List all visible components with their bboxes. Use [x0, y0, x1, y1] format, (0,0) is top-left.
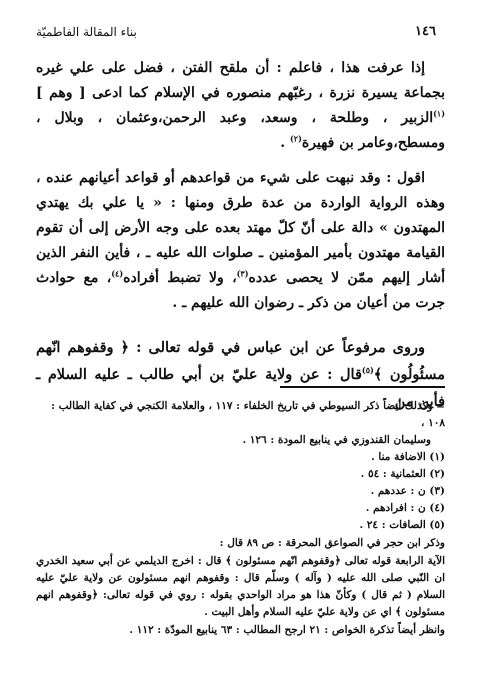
footnote-extra-intro: وذكر ابن حجر في الصواعق المحرقة : ص ٨٩ ق…: [36, 535, 445, 552]
footnote-separator: [280, 386, 445, 388]
footnote-ref-2[interactable]: (٢): [290, 133, 302, 143]
footnote-text: العثمانية : ٥٤ .: [361, 468, 426, 480]
paragraph-text: .: [280, 135, 290, 151]
paragraph-text: ، ولا تضبط أفراده: [123, 270, 236, 286]
footnote-1: (١) الاضافة منا .: [36, 449, 445, 466]
paragraph-text: الزبير ، وطلحة ، وسعد، وعبد الرحمن،وعثما…: [36, 110, 445, 151]
footnote-number: (٢): [429, 468, 445, 480]
paragraph-2: اقول : وقد نبهت على شيء من قواعدهم أو قو…: [36, 166, 445, 316]
footnote-3: (٣) ن : عددهم .: [36, 483, 445, 500]
paragraph-1: إذا عرفت هذا ، فاعلم : أن ملقح الفتن ، ف…: [36, 56, 445, 156]
footnote-number: (٤): [429, 502, 445, 514]
footnote-see-also: وانظر أيضاً تذكرة الخواص : ٢١ ارجح المطا…: [36, 622, 445, 639]
footnotes: = وكذلك أيضاً ذكر السيوطي في تاريخ الخلف…: [36, 398, 445, 639]
footnote-text: الاضافة منا .: [371, 451, 426, 463]
footnote-text: الصافات : ٢٤ .: [359, 519, 425, 531]
footnote-text: ن : عددهم .: [371, 485, 426, 497]
footnote-continuation-line: وسليمان القندوزي في ينابيع المودة : ١٢٦ …: [36, 432, 445, 449]
footnote-ref-4[interactable]: (٤): [111, 268, 123, 278]
footnote-number: (٣): [429, 485, 445, 497]
footnote-ref-3[interactable]: (٣): [237, 268, 249, 278]
footnote-ref-5[interactable]: (٥): [362, 365, 374, 375]
footnote-5: (٥) الصافات : ٢٤ .: [36, 517, 445, 534]
footnote-continuation-line: = وكذلك أيضاً ذكر السيوطي في تاريخ الخلف…: [36, 398, 445, 432]
running-header: ١٤٦ بناء المقالة الفاطميّة: [36, 22, 446, 42]
book-title: بناء المقالة الفاطميّة: [36, 22, 137, 42]
main-text: إذا عرفت هذا ، فاعلم : أن ملقح الفتن ، ف…: [36, 56, 445, 415]
footnote-number: (١): [429, 451, 445, 463]
paragraph-text: إذا عرفت هذا ، فاعلم : أن ملقح الفتن ، ف…: [36, 60, 445, 101]
page-number: ١٤٦: [415, 22, 436, 42]
footnote-text: ن : افرادهم .: [366, 502, 426, 514]
document-page: ١٤٦ بناء المقالة الفاطميّة إذا عرفت هذا …: [0, 0, 482, 698]
footnote-ref-1[interactable]: (١): [433, 108, 445, 118]
footnote-extra-body: الآية الرابعة قوله تعالى ﴿وقفوهم انّهم م…: [36, 553, 445, 621]
footnote-number: (٥): [429, 519, 445, 531]
footnote-2: (٢) العثمانية : ٥٤ .: [36, 466, 445, 483]
footnote-4: (٤) ن : افرادهم .: [36, 500, 445, 517]
